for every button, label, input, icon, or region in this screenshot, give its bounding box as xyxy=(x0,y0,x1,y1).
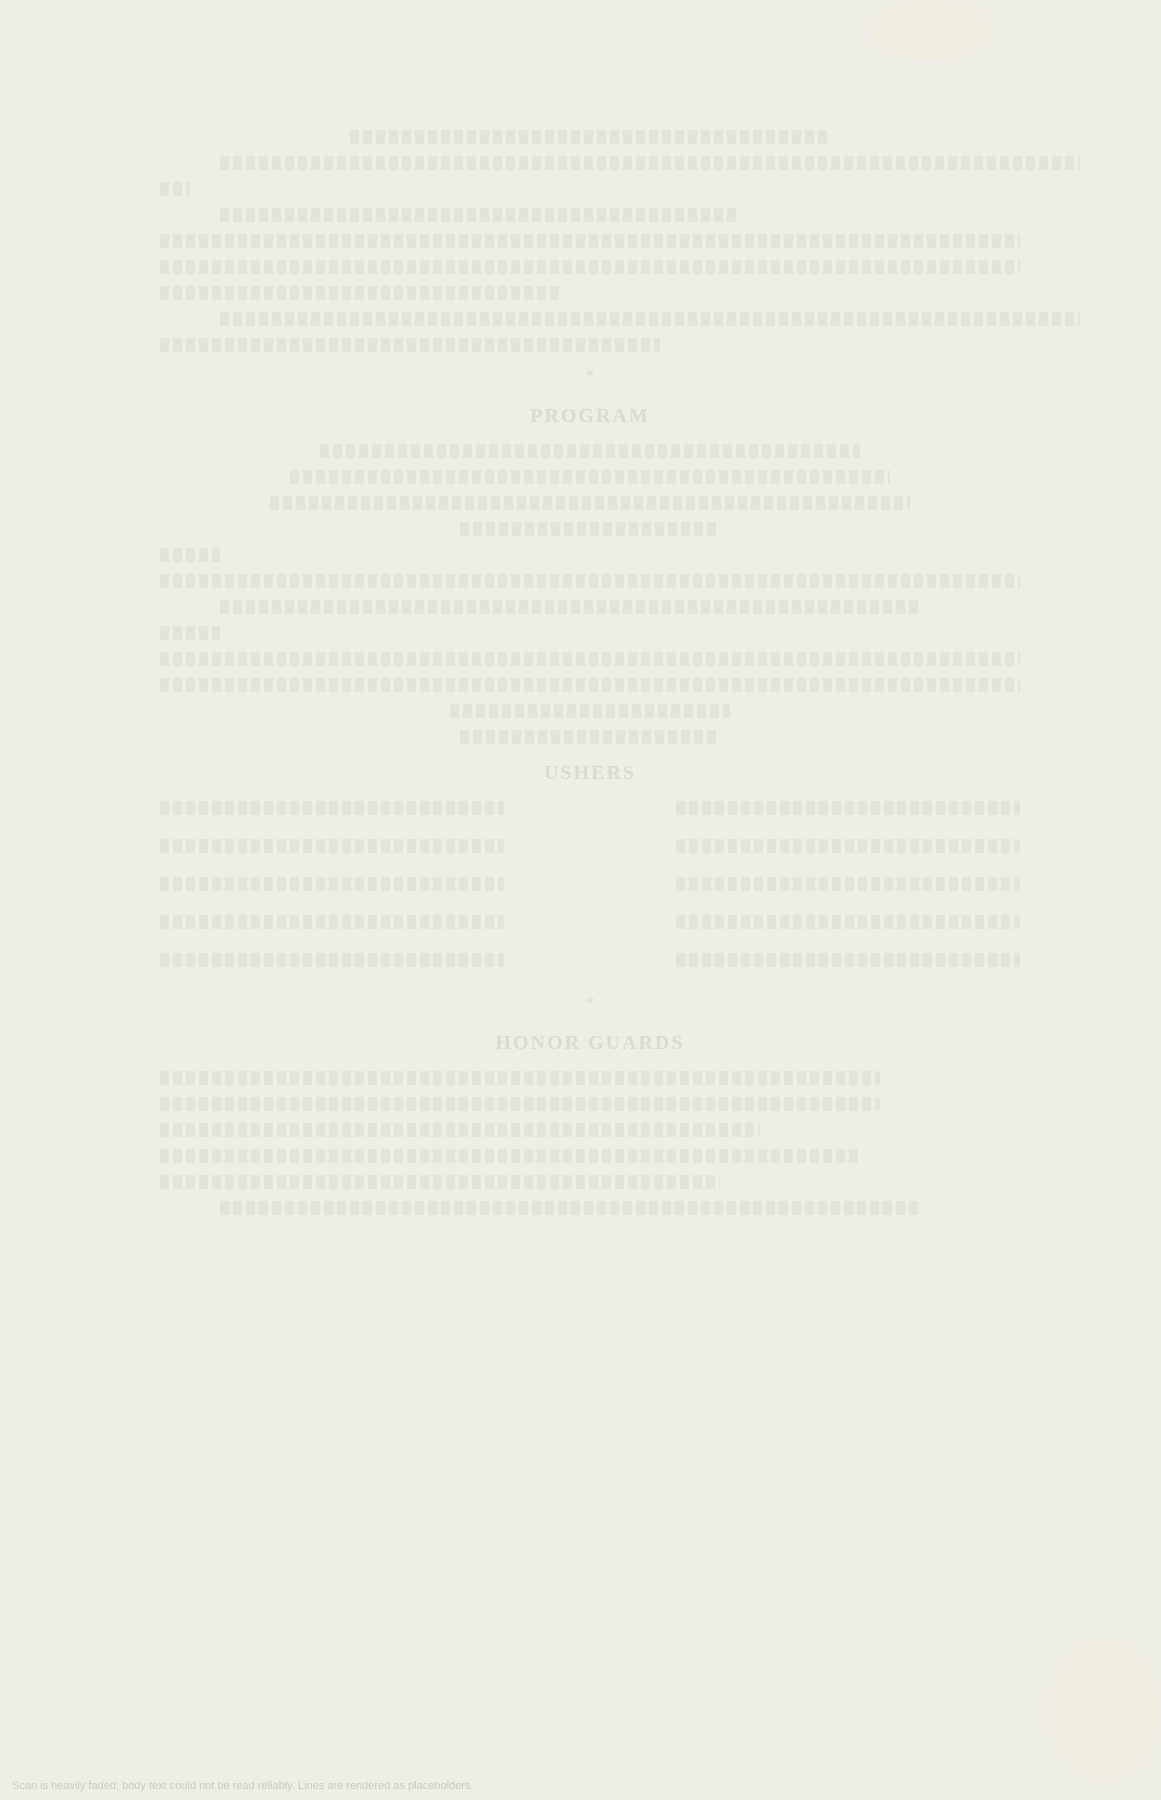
section-1-title-placeholder xyxy=(350,130,830,144)
text-line xyxy=(220,312,1080,326)
text-line xyxy=(220,156,1080,170)
text-line xyxy=(160,182,190,196)
text-line xyxy=(220,600,920,614)
text-line xyxy=(676,953,1020,967)
section-heading-ushers: USHERS xyxy=(160,762,1020,785)
text-line xyxy=(160,953,504,967)
section-divider: * xyxy=(160,993,1020,1014)
text-line xyxy=(460,730,720,744)
text-line xyxy=(460,522,720,536)
text-line xyxy=(450,704,730,718)
text-line xyxy=(160,1123,760,1137)
text-line xyxy=(160,338,660,352)
text-line xyxy=(220,1201,920,1215)
text-line xyxy=(160,839,504,853)
text-line xyxy=(676,877,1020,891)
text-line xyxy=(160,877,504,891)
text-line xyxy=(160,548,220,562)
text-line xyxy=(160,801,504,815)
text-line xyxy=(676,915,1020,929)
text-line xyxy=(160,574,1020,588)
text-line xyxy=(160,1071,880,1085)
section-divider: * xyxy=(160,366,1020,387)
text-line xyxy=(676,801,1020,815)
document-page: * PROGRAM USHERS * HONOR GUARDS xyxy=(160,130,1020,1227)
text-line xyxy=(160,234,1020,248)
section-heading-honor-guards: HONOR GUARDS xyxy=(160,1032,1020,1055)
text-line xyxy=(290,470,890,484)
section-heading-program: PROGRAM xyxy=(160,405,1020,428)
text-line xyxy=(320,444,860,458)
text-line xyxy=(676,839,1020,853)
text-line xyxy=(160,626,220,640)
text-line xyxy=(160,286,560,300)
text-line xyxy=(160,652,1020,666)
text-line xyxy=(160,915,504,929)
text-line xyxy=(160,1175,720,1189)
text-line xyxy=(160,260,1020,274)
text-line xyxy=(220,208,740,222)
text-line xyxy=(160,678,1020,692)
legibility-note: Scan is heavily faded; body text could n… xyxy=(12,1780,473,1792)
text-line xyxy=(160,1097,880,1111)
text-line xyxy=(270,496,910,510)
text-line xyxy=(160,1149,860,1163)
